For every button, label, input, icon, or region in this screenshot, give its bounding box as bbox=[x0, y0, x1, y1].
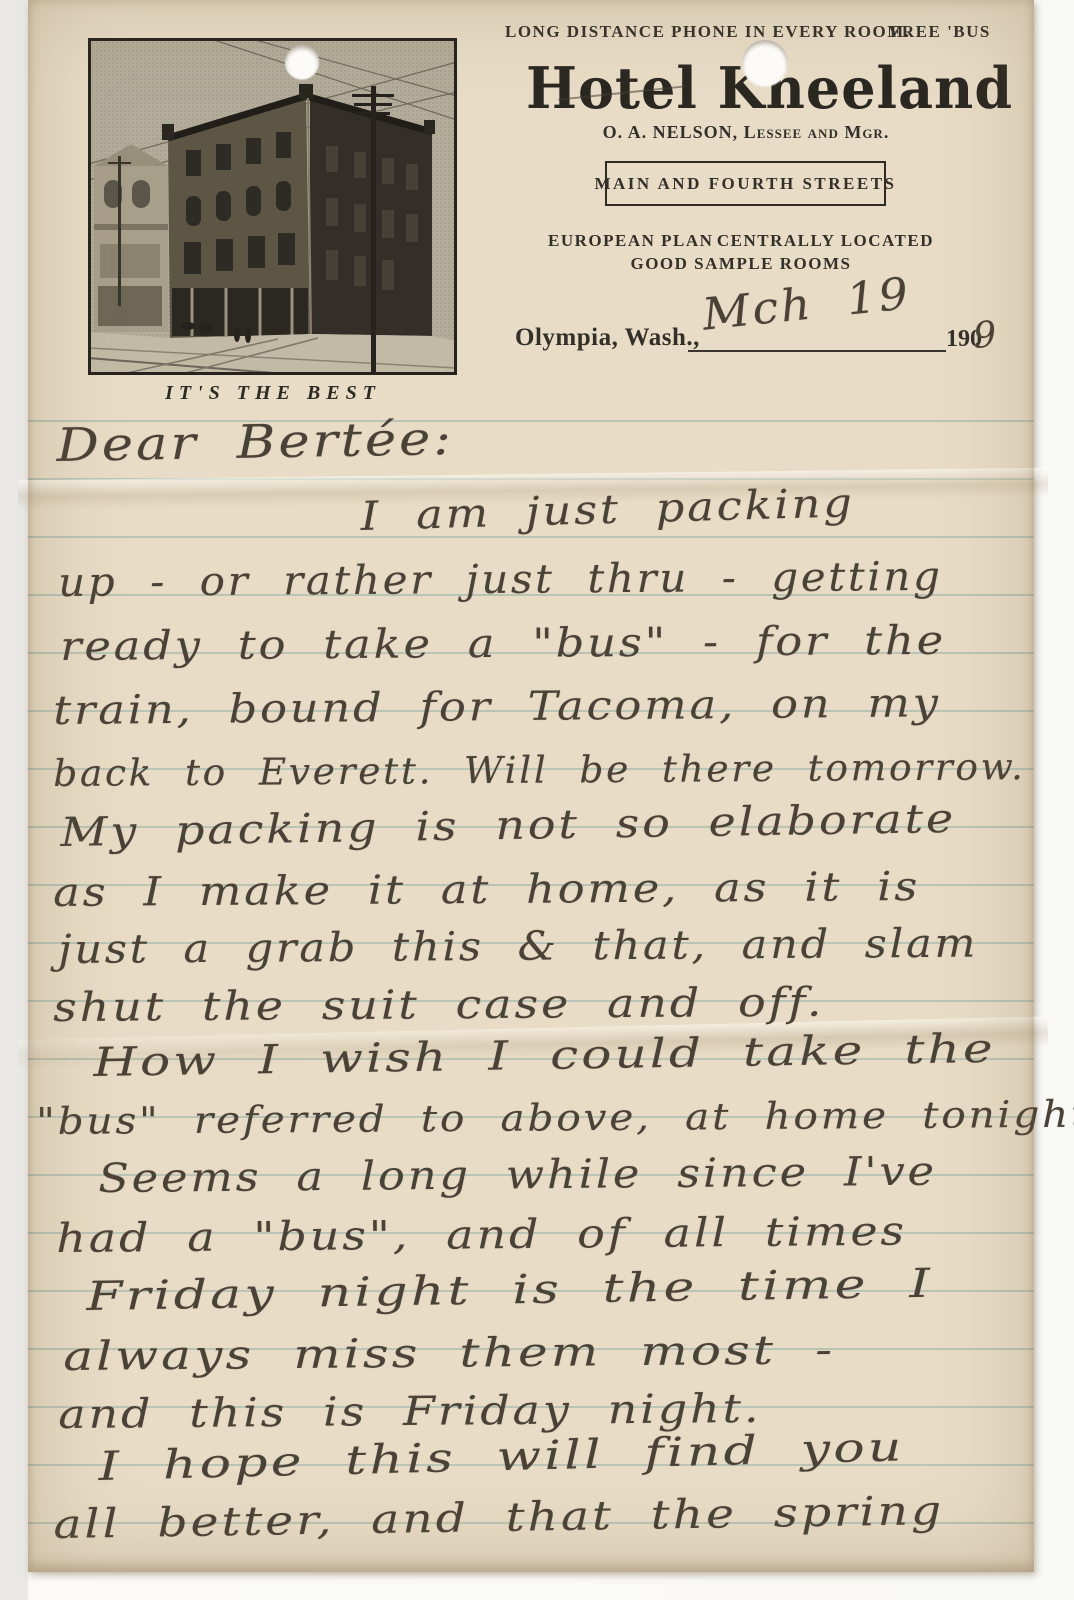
scanned-letter-page: { "letterhead": { "top_notes": { "left":… bbox=[0, 0, 1074, 1600]
slogan-caption: IT'S THE BEST bbox=[122, 382, 424, 405]
adjacent-building bbox=[94, 144, 168, 332]
punch-hole-right bbox=[742, 40, 788, 86]
handwritten-line: ready to take a "bus" - for the bbox=[60, 618, 946, 670]
salutation: Dear Bertée: bbox=[56, 411, 454, 472]
handwritten-date: Mch 19 bbox=[700, 268, 913, 341]
handwritten-line: had a "bus", and of all times bbox=[56, 1209, 907, 1262]
handwritten-line: shut the suit case and off. bbox=[53, 980, 824, 1031]
hotel-building-engraving bbox=[88, 38, 457, 375]
street bbox=[88, 332, 457, 375]
handwritten-line: "bus" referred to above, at home tonight… bbox=[36, 1093, 1074, 1143]
dateline-city: Olympia, Wash., bbox=[515, 324, 700, 352]
punch-hole-left bbox=[285, 45, 319, 79]
handwritten-line: just a grab this & that, and slam bbox=[58, 921, 978, 973]
letterhead-phone-note: LONG DISTANCE PHONE IN EVERY ROOM. bbox=[505, 22, 911, 42]
address-box: MAIN AND FOURTH STREETS bbox=[605, 161, 886, 206]
feature-european-plan: EUROPEAN PLAN bbox=[548, 231, 713, 251]
features-row: EUROPEAN PLAN CENTRALLY LOCATED bbox=[548, 231, 934, 251]
dateline-rule bbox=[688, 350, 946, 352]
feature-centrally-located: CENTRALLY LOCATED bbox=[717, 231, 934, 251]
letterhead-bus-note: FREE 'BUS bbox=[890, 22, 991, 42]
handwritten-line: as I make it at home, as it is bbox=[53, 864, 920, 916]
letter-paper: LONG DISTANCE PHONE IN EVERY ROOM. FREE … bbox=[28, 0, 1034, 1572]
manager-line: O. A. NELSON, Lessee and Mgr. bbox=[526, 122, 966, 143]
handwritten-line: up - or rather just thru - getting bbox=[58, 554, 943, 606]
handwritten-line: train, bound for Tacoma, on my bbox=[53, 680, 941, 734]
handwritten-line: back to Everett. Will be there tomorrow. bbox=[53, 745, 1026, 795]
handwritten-year-digit: 9 bbox=[972, 314, 1000, 357]
handwritten-line: Seems a long while since I've bbox=[98, 1149, 937, 1202]
handwritten-line: always miss them most - bbox=[63, 1327, 835, 1380]
